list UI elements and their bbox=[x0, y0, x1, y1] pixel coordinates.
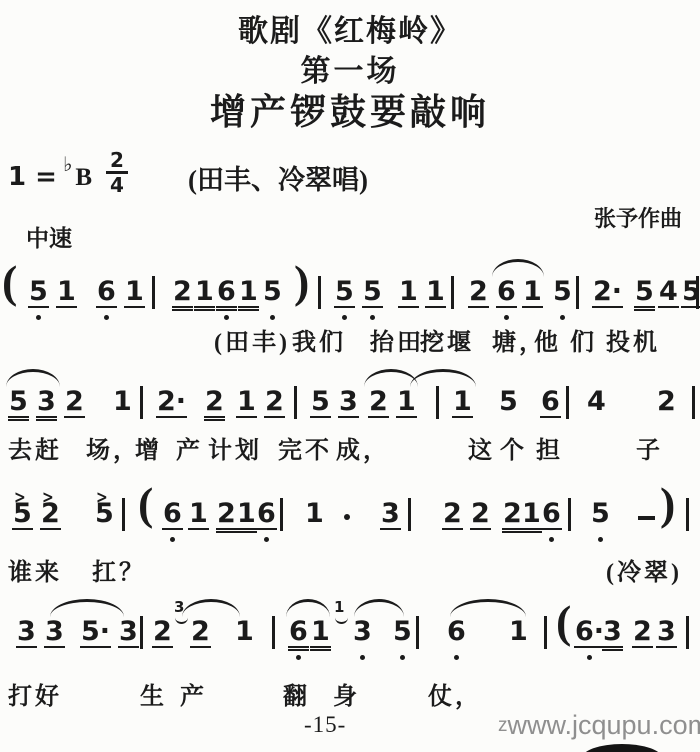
low-octave-dot bbox=[36, 315, 41, 320]
lyric-text: 计划 bbox=[208, 430, 262, 465]
note: 3 bbox=[656, 618, 677, 648]
tempo-marking: 中速 bbox=[26, 220, 72, 253]
lyric-text: 担 bbox=[536, 430, 563, 465]
meter-numerator: 2 bbox=[104, 150, 130, 170]
augmentation-dot bbox=[344, 514, 350, 520]
accent-mark: > bbox=[14, 481, 26, 516]
note: 6· bbox=[574, 618, 605, 648]
barline bbox=[318, 276, 321, 309]
key-equals: = bbox=[35, 162, 57, 192]
note: 3 bbox=[338, 388, 359, 418]
low-octave-dot bbox=[342, 315, 347, 320]
note: 3 bbox=[380, 500, 401, 530]
lyric-text: 产 bbox=[180, 676, 207, 711]
note: 4 bbox=[586, 388, 607, 416]
lyric-text: 完不 bbox=[278, 430, 332, 465]
low-octave-dot bbox=[560, 315, 565, 320]
note: 2 bbox=[152, 618, 173, 648]
note: 2 bbox=[470, 500, 491, 530]
low-octave-dot bbox=[104, 315, 109, 320]
parenthesis: ) bbox=[294, 258, 309, 306]
low-octave-dot bbox=[587, 655, 592, 660]
note: 1 bbox=[236, 388, 257, 418]
note: 5 bbox=[8, 388, 29, 418]
note: 2 bbox=[656, 388, 677, 416]
lyric-text: 去赶 bbox=[8, 430, 62, 465]
barline bbox=[152, 276, 155, 309]
low-octave-dot bbox=[370, 315, 375, 320]
parenthesis: ( bbox=[2, 258, 17, 306]
lyric-text: 生 bbox=[140, 676, 167, 711]
score-line: 335·323216113561(6·323打好生产翻身仗， bbox=[0, 596, 700, 708]
slur-arc bbox=[50, 599, 124, 617]
note: 5 bbox=[498, 388, 519, 416]
barline bbox=[140, 386, 143, 419]
note: 3 bbox=[602, 618, 623, 648]
key-signature: 1 =♭B bbox=[8, 152, 92, 192]
key-letter: B bbox=[75, 164, 92, 191]
lyric-text: 他 bbox=[534, 322, 561, 357]
low-octave-dot bbox=[549, 537, 554, 542]
grace-note: 1 bbox=[334, 600, 344, 615]
score-line: 53212·212532115642去赶场，增产计划完不成，这个担子 bbox=[0, 366, 700, 478]
note: 5> bbox=[94, 500, 115, 528]
slur-arc bbox=[286, 599, 330, 617]
note: 2 bbox=[502, 500, 523, 530]
note: 3 bbox=[36, 388, 57, 418]
note: 6 bbox=[288, 618, 309, 648]
note: 5 bbox=[362, 278, 383, 308]
barline bbox=[272, 616, 275, 649]
lyric-text: 打好 bbox=[8, 676, 62, 711]
lyric-text: 仗， bbox=[428, 676, 482, 711]
note: 5 bbox=[590, 500, 611, 528]
note: 1 bbox=[238, 278, 259, 308]
note: 5 bbox=[334, 278, 355, 308]
barline bbox=[294, 386, 297, 419]
note: 6 bbox=[540, 388, 561, 418]
parenthesis: ( bbox=[138, 480, 153, 528]
note: 1 bbox=[310, 618, 331, 648]
barline bbox=[544, 616, 547, 649]
slur-arc bbox=[450, 599, 526, 617]
barline bbox=[566, 386, 569, 419]
opera-title: 歌剧《红梅岭》 bbox=[0, 6, 700, 50]
barline bbox=[568, 498, 571, 531]
lyric-text: 投机 bbox=[606, 322, 660, 357]
slur-arc bbox=[6, 369, 60, 387]
note: 2· bbox=[592, 278, 623, 308]
slur-arc bbox=[492, 259, 544, 277]
note: 6 bbox=[256, 500, 277, 530]
parenthesis: ( bbox=[556, 598, 571, 646]
barline bbox=[280, 498, 283, 531]
lyric-text: 个 bbox=[500, 430, 527, 465]
barline bbox=[416, 616, 419, 649]
note: 1 bbox=[234, 618, 255, 646]
note: 1 bbox=[124, 278, 145, 308]
low-octave-dot bbox=[296, 655, 301, 660]
score-line: (516121615)551126152·545(田丰)我们抬田挖堰塘，他们投机 bbox=[0, 256, 700, 368]
barline bbox=[451, 276, 454, 309]
barline bbox=[140, 616, 143, 649]
note: 2 bbox=[190, 618, 211, 648]
note: 6 bbox=[541, 500, 562, 530]
note: 1 bbox=[521, 500, 542, 530]
note: 4 bbox=[658, 278, 679, 308]
note: 6 bbox=[496, 278, 517, 308]
accent-mark: > bbox=[42, 481, 54, 516]
note: 2 bbox=[64, 388, 85, 418]
note: 6 bbox=[446, 618, 467, 646]
note: 2 bbox=[442, 500, 463, 530]
note: 6 bbox=[216, 278, 237, 308]
lyric-text: 这 bbox=[468, 430, 495, 465]
note: 5 bbox=[392, 618, 413, 646]
barline bbox=[696, 276, 699, 309]
barline bbox=[122, 498, 125, 531]
note: 2 bbox=[216, 500, 237, 530]
note: 5· bbox=[80, 618, 111, 648]
note: 2> bbox=[40, 500, 61, 530]
lyric-text: (冷翠) bbox=[606, 552, 682, 587]
flat-icon: ♭ bbox=[63, 152, 72, 176]
note: 1 bbox=[522, 278, 543, 308]
note: 1 bbox=[112, 388, 133, 416]
parenthesis: ) bbox=[660, 480, 675, 528]
lyric-text: 谁来 bbox=[8, 552, 62, 587]
low-octave-dot bbox=[270, 315, 275, 320]
note: 1 bbox=[304, 500, 325, 528]
barline bbox=[436, 386, 439, 419]
note: 5 bbox=[634, 278, 655, 308]
lyric-text: 们 bbox=[570, 322, 597, 357]
low-octave-dot bbox=[360, 655, 365, 660]
barline bbox=[408, 498, 411, 531]
watermark-prefix: z bbox=[498, 715, 508, 736]
lyric-text: 抬田 bbox=[370, 322, 424, 357]
low-octave-dot bbox=[454, 655, 459, 660]
low-octave-dot bbox=[400, 655, 405, 660]
slur-arc bbox=[354, 599, 404, 617]
note: 2 bbox=[632, 618, 653, 648]
lyric-text: 挖堰 bbox=[420, 322, 474, 357]
page-number: -15- bbox=[304, 712, 346, 738]
watermark-text: www.jcqupu.com bbox=[508, 710, 700, 740]
sustain-dash bbox=[638, 516, 655, 520]
note: 1 bbox=[398, 278, 419, 308]
note: 2 bbox=[368, 388, 389, 418]
note: 1 bbox=[452, 388, 473, 418]
lyric-text: (田丰) bbox=[214, 322, 290, 357]
barline bbox=[692, 386, 695, 419]
low-octave-dot bbox=[224, 315, 229, 320]
lyric-text: 产 bbox=[176, 430, 203, 465]
note: 3 bbox=[352, 618, 373, 646]
barline bbox=[686, 498, 689, 531]
lyric-text: 子 bbox=[636, 430, 663, 465]
low-octave-dot bbox=[264, 537, 269, 542]
barline bbox=[576, 276, 579, 309]
next-line-tie-fragment bbox=[582, 744, 662, 752]
note: 1 bbox=[425, 278, 446, 308]
barline bbox=[686, 616, 689, 649]
note: 2· bbox=[156, 388, 187, 418]
note: 2 bbox=[204, 388, 225, 418]
slur-arc bbox=[410, 369, 476, 387]
note: 2 bbox=[172, 278, 193, 308]
low-octave-dot bbox=[170, 537, 175, 542]
key-tonic: 1 bbox=[8, 162, 26, 192]
note: 3 bbox=[44, 618, 65, 648]
note: 1 bbox=[194, 278, 215, 308]
note: 5 bbox=[262, 278, 283, 306]
low-octave-dot bbox=[598, 537, 603, 542]
note: 1 bbox=[396, 388, 417, 418]
note: 6 bbox=[96, 278, 117, 308]
note: 5 bbox=[28, 278, 49, 308]
time-signature: 2 4 bbox=[104, 150, 130, 195]
composer-credit: 张予作曲 bbox=[594, 202, 682, 233]
slur-arc bbox=[182, 599, 240, 617]
lyric-text: 身 bbox=[333, 676, 360, 711]
note: 5 bbox=[552, 278, 573, 306]
lyric-text: 扛？ bbox=[92, 552, 146, 587]
lyric-text: 我们 bbox=[292, 322, 346, 357]
note: 2 bbox=[264, 388, 285, 418]
score-line: 5>2>5>(6121613222165)谁来扛？(冷翠) bbox=[0, 478, 700, 590]
note: 3 bbox=[118, 618, 139, 648]
accent-mark: > bbox=[96, 481, 108, 516]
lyric-text: 翻 bbox=[283, 676, 310, 711]
note: 1 bbox=[236, 500, 257, 530]
note: 5 bbox=[310, 388, 331, 418]
watermark: zwww.jcqupu.com bbox=[498, 710, 700, 741]
lyric-text: 成， bbox=[336, 430, 390, 465]
song-title: 增产锣鼓要敲响 bbox=[0, 84, 700, 135]
note: 1 bbox=[56, 278, 77, 308]
singers-note: (田丰、冷翠唱) bbox=[188, 158, 368, 197]
low-octave-dot bbox=[504, 315, 509, 320]
note: 3 bbox=[16, 618, 37, 648]
note: 2 bbox=[468, 278, 489, 308]
note: 1 bbox=[188, 500, 209, 530]
note: 6 bbox=[162, 500, 183, 530]
lyric-text: 增 bbox=[135, 430, 162, 465]
note: 1 bbox=[508, 618, 529, 646]
note: 5> bbox=[12, 500, 33, 530]
lyric-text: 场， bbox=[86, 430, 140, 465]
meter-denominator: 4 bbox=[104, 175, 130, 195]
